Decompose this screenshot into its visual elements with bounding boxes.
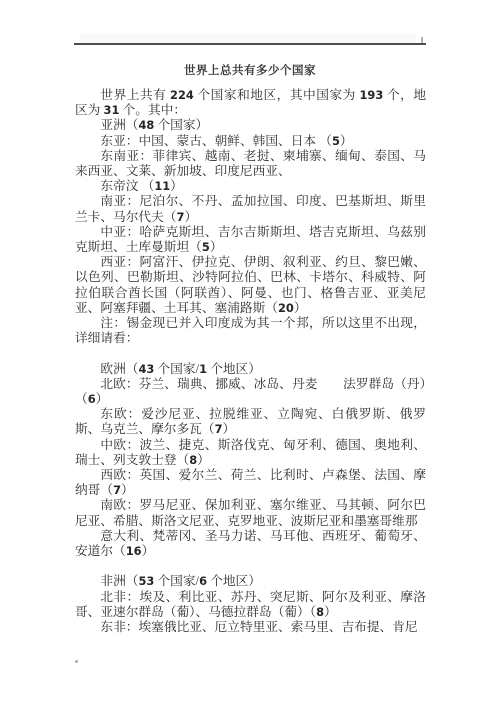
paragraph-north-africa: 北非：埃及、利比亚、苏丹、突尼斯、阿尔及利亚、摩洛哥、亚速尔群岛（葡）、马德拉群…: [75, 590, 426, 620]
paragraph-southeast-asia: 东南亚：菲律宾、越南、老挝、柬埔寨、缅甸、泰国、马来西亚、文莱、新加坡、印度尼西…: [75, 149, 426, 179]
header-rule: [74, 43, 426, 45]
paragraph-central-asia: 中亚：哈萨克斯坦、吉尔吉斯斯坦、塔吉克斯坦、乌兹别克斯坦、土库曼斯坦（5）: [75, 225, 426, 255]
paragraph-east-timor: 东帝汶 （11）: [75, 179, 426, 194]
paragraph-south-europe-cont: 意大利、梵蒂冈、圣马力诺、马耳他、西班牙、葡萄牙、安道尔（16）: [75, 529, 426, 559]
stray-mark: [75, 660, 78, 663]
paragraph-blank: [75, 559, 426, 574]
paragraph-west-europe: 西欧：英国、爱尔兰、荷兰、比利时、卢森堡、法国、摩纳哥（7）: [75, 468, 426, 498]
paragraph-east-africa: 东非：埃塞俄比亚、厄立特里亚、索马里、吉布提、肯尼: [75, 620, 426, 635]
rule-end-tick: [421, 37, 423, 43]
paragraph-africa-header: 非洲（53 个国家/6 个地区）: [75, 574, 426, 589]
paragraph-south-asia: 南亚：尼泊尔、不丹、孟加拉国、印度、巴基斯坦、斯里兰卡、马尔代夫（7）: [75, 194, 426, 224]
paragraph-south-europe: 南欧：罗马尼亚、保加利亚、塞尔维亚、马其顿、阿尔巴尼亚、希腊、斯洛文尼亚、克罗地…: [75, 498, 426, 528]
document-title: 世界上总共有多少个国家: [0, 62, 500, 78]
paragraph-north-europe: 北欧：芬兰、瑞典、挪威、冰岛、丹麦 法罗群岛（丹）（6）: [75, 377, 426, 407]
paragraph-asia-header: 亚洲（48 个国家）: [75, 118, 426, 133]
document-body: 世界上共有 224 个国家和地区，其中国家为 193 个，地区为 31 个。其中…: [75, 88, 426, 635]
paragraph-europe-header: 欧洲（43 个国家/1 个地区）: [75, 362, 426, 377]
paragraph-central-europe: 中欧：波兰、捷克、斯洛伐克、匈牙利、德国、奥地利、瑞士、列支敦士登（8）: [75, 438, 426, 468]
paragraph-blank: [75, 346, 426, 361]
paragraph-east-asia: 东亚：中国、蒙古、朝鲜、韩国、日本 （5）: [75, 134, 426, 149]
paragraph-east-europe: 东欧：爱沙尼亚、拉脱维亚、立陶宛、白俄罗斯、俄罗斯、乌克兰、摩尔多瓦（7）: [75, 407, 426, 437]
paragraph-note-sikkim: 注：锡金现已并入印度成为其一个邦，所以这里不出现，详细请看：: [75, 316, 426, 346]
paragraph-west-asia: 西亚：阿富汗、伊拉克、伊朗、叙利亚、约旦、黎巴嫩、以色列、巴勒斯坦、沙特阿拉伯、…: [75, 255, 426, 316]
document-page: 世界上总共有多少个国家 世界上共有 224 个国家和地区，其中国家为 193 个…: [0, 0, 500, 708]
paragraph-intro: 世界上共有 224 个国家和地区，其中国家为 193 个，地区为 31 个。其中…: [75, 88, 426, 118]
